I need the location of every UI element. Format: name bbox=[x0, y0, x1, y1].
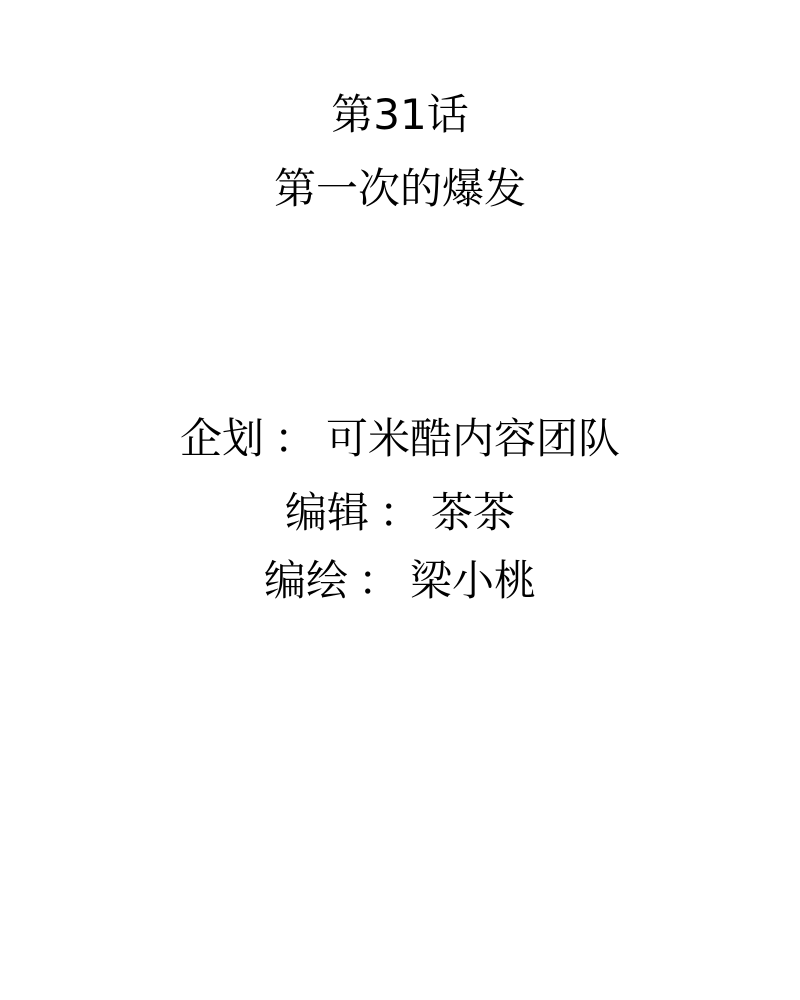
chapter-number: 第31话 bbox=[0, 94, 800, 136]
credit-label: 企划 bbox=[180, 414, 264, 463]
credit-separator: ： bbox=[348, 560, 410, 602]
credit-editor: 编辑：茶茶 bbox=[0, 492, 800, 534]
credit-artist: 编绘：梁小桃 bbox=[0, 560, 800, 602]
credit-value: 茶茶 bbox=[431, 488, 515, 537]
credit-planning: 企划：可米酷内容团队 bbox=[0, 418, 800, 460]
credit-separator: ： bbox=[369, 492, 431, 534]
credit-value: 梁小桃 bbox=[410, 556, 536, 605]
chapter-title: 第一次的爆发 bbox=[0, 168, 800, 210]
credit-separator: ： bbox=[264, 418, 326, 460]
credit-label: 编辑 bbox=[285, 488, 369, 537]
credit-label: 编绘 bbox=[264, 556, 348, 605]
credit-value: 可米酷内容团队 bbox=[326, 414, 620, 463]
